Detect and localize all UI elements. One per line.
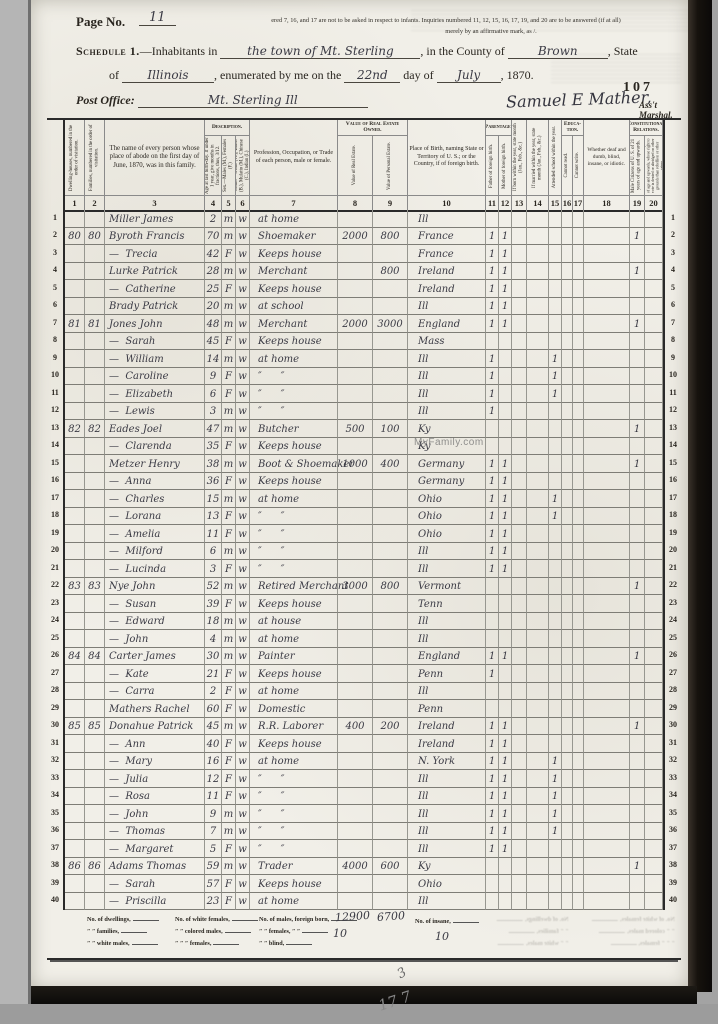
cell-dwelling-number xyxy=(65,245,85,263)
cell-deaf-dumb xyxy=(584,665,630,683)
cell-name: — Charles xyxy=(105,490,205,508)
cell-family-number xyxy=(85,560,105,578)
cell-sex: F xyxy=(222,840,236,858)
row-number-right: 38 xyxy=(663,858,681,876)
cell-sex: F xyxy=(222,735,236,753)
cell-cannot-read xyxy=(562,403,573,421)
cell-occupation: Keeps house xyxy=(250,473,338,491)
cell-name: — Amelia xyxy=(105,525,205,543)
cell-father-foreign: 1 xyxy=(486,473,499,491)
cell-married-month xyxy=(527,805,549,823)
cell-cannot-read xyxy=(562,210,573,228)
cell-personal-estate xyxy=(373,438,408,456)
cell-male-citizen xyxy=(630,368,645,386)
cell-born-month xyxy=(512,438,527,456)
cell-married-month xyxy=(527,893,549,911)
row-number-right: 28 xyxy=(663,683,681,701)
state-value: Illinois xyxy=(122,68,214,83)
cell-real-estate xyxy=(338,840,373,858)
cell-family-number xyxy=(85,210,105,228)
cell-vote-denied xyxy=(645,333,663,351)
cell-father-foreign: 1 xyxy=(486,280,499,298)
cell-sex: m xyxy=(222,613,236,631)
cell-married-month xyxy=(527,403,549,421)
cell-sex: F xyxy=(222,595,236,613)
cell-attended-school xyxy=(549,648,562,666)
county-label: , in the County of xyxy=(420,44,504,58)
row-number-right: 16 xyxy=(663,473,681,491)
cell-attended-school xyxy=(549,665,562,683)
cell-name: — Caroline xyxy=(105,368,205,386)
census-row: 39 — Sarah 57 F w Keeps house Ohio 39 xyxy=(47,875,681,893)
cell-color: w xyxy=(236,420,250,438)
cell-dwelling-number xyxy=(65,490,85,508)
cell-sex: F xyxy=(222,368,236,386)
row-number-left: 31 xyxy=(47,735,65,753)
cell-dwelling-number xyxy=(65,263,85,281)
cell-sex: m xyxy=(222,490,236,508)
cell-mother-foreign xyxy=(499,210,512,228)
row-number-right: 27 xyxy=(663,665,681,683)
cell-real-estate: 500 xyxy=(338,420,373,438)
census-rows: 1 Miller James 2 m w at home Ill 1 2 80 … xyxy=(47,210,681,910)
cell-attended-school xyxy=(549,630,562,648)
cell-male-citizen xyxy=(630,333,645,351)
group-header-education: Educa-tion. xyxy=(562,120,584,136)
cell-age: 70 xyxy=(205,228,222,246)
cell-age: 60 xyxy=(205,700,222,718)
cell-cannot-write xyxy=(573,508,584,526)
cell-color: w xyxy=(236,683,250,701)
cell-sex: m xyxy=(222,315,236,333)
row-number-left: 40 xyxy=(47,893,65,911)
cell-sex: m xyxy=(222,805,236,823)
cell-vote-denied xyxy=(645,788,663,806)
cell-attended-school xyxy=(549,613,562,631)
cell-occupation: ″ ″ xyxy=(250,840,338,858)
cell-color: w xyxy=(236,298,250,316)
census-row: 40 — Priscilla 23 F w at home Ill 40 xyxy=(47,893,681,911)
cell-sex: F xyxy=(222,700,236,718)
cell-born-month xyxy=(512,455,527,473)
row-number-left: 11 xyxy=(47,385,65,403)
cell-dwelling-number xyxy=(65,350,85,368)
cell-name: Adams Thomas xyxy=(105,858,205,876)
cell-family-number xyxy=(85,263,105,281)
cell-father-foreign: 1 xyxy=(486,735,499,753)
census-row: 15 Metzer Henry 38 m w Boot & Shoemaker … xyxy=(47,455,681,473)
cell-married-month xyxy=(527,595,549,613)
cell-married-month xyxy=(527,385,549,403)
cell-cannot-write xyxy=(573,805,584,823)
cell-cannot-write xyxy=(573,403,584,421)
row-number-left: 13 xyxy=(47,420,65,438)
cell-personal-estate xyxy=(373,385,408,403)
row-number-right: 36 xyxy=(663,823,681,841)
row-number-right: 17 xyxy=(663,490,681,508)
cell-cannot-read xyxy=(562,683,573,701)
row-number-left: 28 xyxy=(47,683,65,701)
cell-cannot-write xyxy=(573,613,584,631)
cell-cannot-write xyxy=(573,753,584,771)
cell-personal-estate xyxy=(373,823,408,841)
cell-name: — Anna xyxy=(105,473,205,491)
cell-born-month xyxy=(512,788,527,806)
col-header-age: Age at last birth-day. If under 1 year, … xyxy=(205,136,222,196)
cell-vote-denied xyxy=(645,700,663,718)
post-office-line: Post Office: Mt. Sterling Ill xyxy=(76,93,368,108)
cell-born-month xyxy=(512,525,527,543)
cell-birthplace: Ohio xyxy=(408,490,486,508)
census-row: 10 — Caroline 9 F w ″ ″ Ill 1 1 10 xyxy=(47,368,681,386)
cell-family-number xyxy=(85,665,105,683)
cell-cannot-read xyxy=(562,753,573,771)
cell-attended-school xyxy=(549,473,562,491)
cell-married-month xyxy=(527,490,549,508)
cell-birthplace: Ireland xyxy=(408,718,486,736)
cell-age: 39 xyxy=(205,595,222,613)
cell-family-number xyxy=(85,788,105,806)
cell-cannot-write xyxy=(573,473,584,491)
cell-birthplace: Germany xyxy=(408,473,486,491)
cell-vote-denied xyxy=(645,455,663,473)
cell-cannot-read xyxy=(562,700,573,718)
cell-family-number xyxy=(85,403,105,421)
cell-color: w xyxy=(236,210,250,228)
cell-attended-school: 1 xyxy=(549,753,562,771)
cell-cannot-write xyxy=(573,578,584,596)
col-header-cannot-write: Cannot write. xyxy=(573,136,584,196)
bleedthrough-smudge-top xyxy=(411,8,691,34)
cell-deaf-dumb xyxy=(584,683,630,701)
row-number-left: 32 xyxy=(47,753,65,771)
cell-cannot-read xyxy=(562,245,573,263)
cell-married-month xyxy=(527,298,549,316)
cell-occupation: Keeps house xyxy=(250,665,338,683)
cell-birthplace: Ill xyxy=(408,770,486,788)
cell-birthplace: Ill xyxy=(408,210,486,228)
cell-attended-school xyxy=(549,858,562,876)
cell-father-foreign xyxy=(486,630,499,648)
cell-family-number xyxy=(85,543,105,561)
cell-born-month xyxy=(512,893,527,911)
cell-age: 59 xyxy=(205,858,222,876)
cell-vote-denied xyxy=(645,560,663,578)
cell-color: w xyxy=(236,718,250,736)
cell-real-estate xyxy=(338,385,373,403)
cell-personal-estate xyxy=(373,280,408,298)
cell-occupation: ″ ″ xyxy=(250,823,338,841)
cell-family-number xyxy=(85,613,105,631)
cell-real-estate xyxy=(338,788,373,806)
cell-married-month xyxy=(527,210,549,228)
cell-attended-school: 1 xyxy=(549,788,562,806)
cell-born-month xyxy=(512,840,527,858)
cell-male-citizen xyxy=(630,473,645,491)
row-number-left: 22 xyxy=(47,578,65,596)
cell-personal-estate xyxy=(373,595,408,613)
cell-mother-foreign: 1 xyxy=(499,263,512,281)
cell-deaf-dumb xyxy=(584,490,630,508)
cell-born-month xyxy=(512,403,527,421)
cell-name: Eades Joel xyxy=(105,420,205,438)
cell-sex: F xyxy=(222,770,236,788)
cell-mother-foreign: 1 xyxy=(499,490,512,508)
cell-father-foreign xyxy=(486,595,499,613)
film-edge-bottom xyxy=(31,986,697,1006)
cell-name: Nye John xyxy=(105,578,205,596)
cell-age: 52 xyxy=(205,578,222,596)
cell-male-citizen xyxy=(630,350,645,368)
census-row: 27 — Kate 21 F w Keeps house Penn 1 27 xyxy=(47,665,681,683)
cell-married-month xyxy=(527,473,549,491)
cell-deaf-dumb xyxy=(584,525,630,543)
cell-mother-foreign: 1 xyxy=(499,805,512,823)
cell-vote-denied xyxy=(645,368,663,386)
cell-occupation: Keeps house xyxy=(250,735,338,753)
cell-color: w xyxy=(236,578,250,596)
cell-family-number xyxy=(85,683,105,701)
cell-cannot-write xyxy=(573,350,584,368)
cell-cannot-write xyxy=(573,455,584,473)
col-header-mother-foreign: Mother of foreign birth. xyxy=(499,136,512,196)
cell-birthplace: Ill xyxy=(408,613,486,631)
cell-vote-denied xyxy=(645,403,663,421)
cell-sex: m xyxy=(222,630,236,648)
cell-born-month xyxy=(512,420,527,438)
cell-sex: F xyxy=(222,788,236,806)
cell-color: w xyxy=(236,858,250,876)
cell-sex: m xyxy=(222,455,236,473)
cell-born-month xyxy=(512,595,527,613)
cell-age: 30 xyxy=(205,648,222,666)
cell-dwelling-number xyxy=(65,333,85,351)
cell-deaf-dumb xyxy=(584,298,630,316)
post-office-value: Mt. Sterling Ill xyxy=(138,93,368,108)
cell-sex: m xyxy=(222,263,236,281)
cell-mother-foreign xyxy=(499,350,512,368)
cell-cannot-write xyxy=(573,630,584,648)
row-number-left: 9 xyxy=(47,350,65,368)
row-number-right: 32 xyxy=(663,753,681,771)
cell-mother-foreign: 1 xyxy=(499,823,512,841)
cell-age: 18 xyxy=(205,613,222,631)
cell-dwelling-number: 82 xyxy=(65,420,85,438)
cell-family-number xyxy=(85,508,105,526)
cell-vote-denied xyxy=(645,613,663,631)
cell-real-estate xyxy=(338,770,373,788)
cell-personal-estate xyxy=(373,403,408,421)
census-row: 9 — William 14 m w at home Ill 1 1 9 xyxy=(47,350,681,368)
cell-color: w xyxy=(236,385,250,403)
cell-attended-school xyxy=(549,543,562,561)
cell-born-month xyxy=(512,298,527,316)
cell-deaf-dumb xyxy=(584,403,630,421)
cell-vote-denied xyxy=(645,735,663,753)
cell-mother-foreign xyxy=(499,333,512,351)
cell-male-citizen xyxy=(630,805,645,823)
col-header-occupation: Profession, Occupation, or Trade of each… xyxy=(250,120,338,196)
cell-age: 36 xyxy=(205,473,222,491)
cell-married-month xyxy=(527,753,549,771)
cell-cannot-write xyxy=(573,333,584,351)
totals-footer: No. of dwellings, ″ ″ families, ″ ″ whit… xyxy=(47,910,681,960)
cell-deaf-dumb xyxy=(584,595,630,613)
cell-cannot-write xyxy=(573,665,584,683)
cell-color: w xyxy=(236,350,250,368)
cell-married-month xyxy=(527,350,549,368)
cell-real-estate xyxy=(338,403,373,421)
cell-dwelling-number xyxy=(65,840,85,858)
cell-vote-denied xyxy=(645,753,663,771)
marshal-signature: Samuel E Mather, xyxy=(506,87,652,111)
row-number-left: 18 xyxy=(47,508,65,526)
col-header-dwellings: Dwelling-houses, numbered in the order o… xyxy=(65,120,85,196)
cell-color: w xyxy=(236,560,250,578)
cell-father-foreign: 1 xyxy=(486,788,499,806)
cell-attended-school xyxy=(549,840,562,858)
cell-name: — Lorana xyxy=(105,508,205,526)
row-number-right: 14 xyxy=(663,438,681,456)
cell-cannot-read xyxy=(562,788,573,806)
cell-name: — Edward xyxy=(105,613,205,631)
census-row: 16 — Anna 36 F w Keeps house Germany 1 1… xyxy=(47,473,681,491)
row-number-left: 30 xyxy=(47,718,65,736)
cell-born-month xyxy=(512,210,527,228)
cell-name: Carter James xyxy=(105,648,205,666)
cell-father-foreign: 1 xyxy=(486,228,499,246)
cell-male-citizen xyxy=(630,280,645,298)
row-number-margin-left xyxy=(47,120,65,212)
cell-male-citizen xyxy=(630,823,645,841)
cell-born-month xyxy=(512,700,527,718)
cell-personal-estate xyxy=(373,840,408,858)
row-number-right: 8 xyxy=(663,333,681,351)
cell-occupation: Shoemaker xyxy=(250,228,338,246)
cell-mother-foreign: 1 xyxy=(499,473,512,491)
cell-mother-foreign xyxy=(499,385,512,403)
cell-cannot-read xyxy=(562,298,573,316)
cell-cannot-write xyxy=(573,893,584,911)
cell-deaf-dumb xyxy=(584,438,630,456)
census-row: 37 — Margaret 5 F w ″ ″ Ill 1 1 37 xyxy=(47,840,681,858)
cell-attended-school xyxy=(549,718,562,736)
cell-attended-school: 1 xyxy=(549,508,562,526)
cell-born-month xyxy=(512,560,527,578)
cell-father-foreign xyxy=(486,210,499,228)
row-number-left: 24 xyxy=(47,613,65,631)
census-row: 6 Brady Patrick 20 m w at school Ill 1 1… xyxy=(47,298,681,316)
census-row: 23 — Susan 39 F w Keeps house Tenn 23 xyxy=(47,595,681,613)
cell-name: — Susan xyxy=(105,595,205,613)
census-row: 32 — Mary 16 F w at home N. York 1 1 1 3… xyxy=(47,753,681,771)
cell-born-month xyxy=(512,508,527,526)
cell-personal-estate xyxy=(373,473,408,491)
cell-vote-denied xyxy=(645,438,663,456)
cell-dwelling-number xyxy=(65,455,85,473)
row-number-left: 8 xyxy=(47,333,65,351)
cell-father-foreign: 1 xyxy=(486,403,499,421)
cell-dwelling-number: 86 xyxy=(65,858,85,876)
cell-name: — Sarah xyxy=(105,875,205,893)
cell-father-foreign: 1 xyxy=(486,648,499,666)
cell-real-estate xyxy=(338,595,373,613)
cell-personal-estate xyxy=(373,245,408,263)
cell-vote-denied xyxy=(645,770,663,788)
cell-male-citizen xyxy=(630,560,645,578)
row-number-right: 31 xyxy=(663,735,681,753)
cell-age: 42 xyxy=(205,245,222,263)
cell-birthplace: Ill xyxy=(408,683,486,701)
cell-color: w xyxy=(236,665,250,683)
cell-dwelling-number xyxy=(65,385,85,403)
cell-personal-estate xyxy=(373,350,408,368)
cell-male-citizen: 1 xyxy=(630,648,645,666)
cell-married-month xyxy=(527,228,549,246)
cell-cannot-read xyxy=(562,893,573,911)
census-table-header: Dwelling-houses, numbered in the order o… xyxy=(47,118,681,212)
total-real-estate: 12900 xyxy=(335,909,371,924)
cell-name: Brady Patrick xyxy=(105,298,205,316)
cell-cannot-read xyxy=(562,805,573,823)
col-header-personal-estate: Value of Personal Estate. xyxy=(373,136,408,196)
enumerated-label: , enumerated by me on the xyxy=(214,68,341,82)
cell-family-number xyxy=(85,298,105,316)
col-header-vote-denied: Male Citizens of U. S. of 21 years of ag… xyxy=(645,136,663,196)
cell-deaf-dumb xyxy=(584,315,630,333)
cell-father-foreign: 1 xyxy=(486,805,499,823)
cell-born-month xyxy=(512,718,527,736)
cell-sex: m xyxy=(222,350,236,368)
cell-father-foreign: 1 xyxy=(486,455,499,473)
cell-born-month xyxy=(512,245,527,263)
cell-dwelling-number xyxy=(65,665,85,683)
cell-mother-foreign xyxy=(499,420,512,438)
cell-sex: F xyxy=(222,245,236,263)
row-number-right: 40 xyxy=(663,893,681,911)
census-row: 1 Miller James 2 m w at home Ill 1 xyxy=(47,210,681,228)
cell-family-number xyxy=(85,840,105,858)
census-row: 34 — Rosa 11 F w ″ ″ Ill 1 1 1 34 xyxy=(47,788,681,806)
cell-male-citizen xyxy=(630,840,645,858)
cell-cannot-read xyxy=(562,665,573,683)
cell-age: 57 xyxy=(205,875,222,893)
cell-married-month xyxy=(527,368,549,386)
cell-real-estate xyxy=(338,490,373,508)
census-row: 25 — John 4 m w at home Ill 25 xyxy=(47,630,681,648)
cell-deaf-dumb xyxy=(584,385,630,403)
total-real-count: 10 xyxy=(333,927,347,940)
cell-sex: F xyxy=(222,753,236,771)
cell-father-foreign xyxy=(486,875,499,893)
cell-color: w xyxy=(236,508,250,526)
cell-married-month xyxy=(527,315,549,333)
col-header-birthplace: Place of Birth, naming State or Territor… xyxy=(408,120,486,196)
cell-attended-school xyxy=(549,735,562,753)
cell-deaf-dumb xyxy=(584,578,630,596)
cell-color: w xyxy=(236,245,250,263)
cell-born-month xyxy=(512,683,527,701)
col-header-families: Families, numbered in the order of visit… xyxy=(85,120,105,196)
cell-sex: F xyxy=(222,385,236,403)
cell-birthplace: Ohio xyxy=(408,525,486,543)
cell-cannot-read xyxy=(562,455,573,473)
footer-block-females: No. of white females, ″ ″ colored males,… xyxy=(175,914,258,949)
cell-dwelling-number: 85 xyxy=(65,718,85,736)
cell-dwelling-number xyxy=(65,595,85,613)
cell-vote-denied xyxy=(645,473,663,491)
cell-occupation: at home xyxy=(250,893,338,911)
